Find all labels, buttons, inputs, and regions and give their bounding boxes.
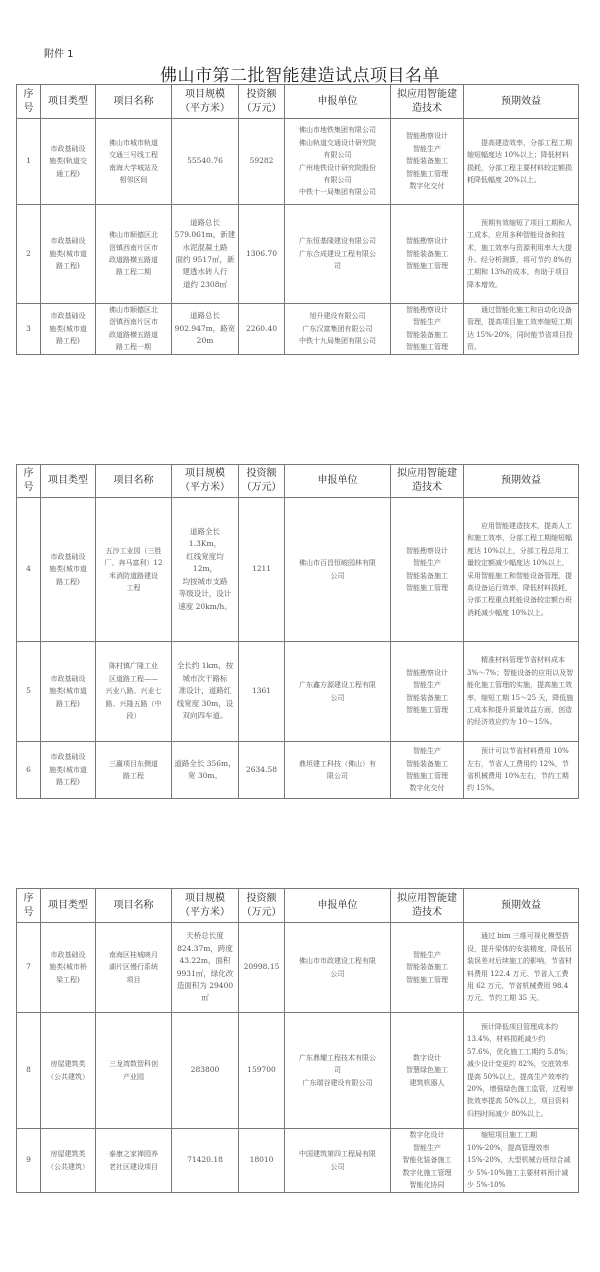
table-row: 1 市政基础设 施类(轨道交 通工程) 佛山市城市轨道 交通三号线工程 南海大学… [17, 119, 579, 205]
row-benefit: 精准材料管理节省材料成本 3%～7%；智能设备的应用以及智能化施工管理的实施，提… [464, 642, 579, 742]
row-no: 5 [17, 642, 41, 742]
row-applicant: 佛山市市政建设工程有限 公司 [285, 923, 391, 1013]
table-row: 3 市政基础设 施类(城市道 路工程) 佛山市顺德区北 滘镇西南片区市 政道路横… [17, 304, 579, 355]
row-type: 市政基础设 施类(城市道 路工程) [41, 642, 96, 742]
col-header-investment: 投资额 （万元） [239, 465, 285, 498]
row-no: 2 [17, 205, 41, 304]
col-header-benefit: 预期效益 [464, 889, 579, 923]
row-type: 房屋建筑类 （公共建筑） [41, 1013, 96, 1129]
col-header-investment: 投资额 （万元） [239, 85, 285, 119]
col-header-scale: 项目规模 （平方米） [172, 85, 239, 119]
col-header-investment: 投资额 （万元） [239, 889, 285, 923]
table-row: 9 房屋建筑类 （公共建筑） 泰康之家禅园养 老社区建设项目 71420.18 … [17, 1129, 579, 1193]
row-name: 三龙湾数智科创 产业园 [96, 1013, 172, 1129]
col-header-applicant: 申报单位 [285, 465, 391, 498]
row-no: 1 [17, 119, 41, 205]
col-header-tech: 拟应用智能建 造技术 [391, 465, 464, 498]
row-investment: 1211 [239, 498, 285, 642]
row-no: 8 [17, 1013, 41, 1129]
row-scale: 71420.18 [172, 1129, 239, 1193]
table-row: 8 房屋建筑类 （公共建筑） 三龙湾数智科创 产业园 283800 159700… [17, 1013, 579, 1129]
row-investment: 2634.58 [239, 742, 285, 799]
document-title: 佛山市第二批智能建造试点项目名单 [0, 61, 600, 86]
row-benefit: 预期有效缩短了项目工期和人工成本，应用多种智能设备和技术，施工效率与资源利用率大… [464, 205, 579, 304]
col-header-name: 项目名称 [96, 889, 172, 923]
row-no: 3 [17, 304, 41, 355]
row-tech: 智能勘察设计 智能生产 智能装备施工 智能施工管理 [391, 304, 464, 355]
row-benefit: 预计降低项目管理成本约 13.4%，材料损耗减少约 57.6%，优化施工工期约 … [464, 1013, 579, 1129]
row-no: 6 [17, 742, 41, 799]
col-header-scale: 项目规模 （平方米） [172, 465, 239, 498]
row-scale: 道路全长 1.3Km， 红线宽度均 12m， 均按城市支路 等级设计，设计 速度… [172, 498, 239, 642]
col-header-name: 项目名称 [96, 465, 172, 498]
row-type: 房屋建筑类 （公共建筑） [41, 1129, 96, 1193]
col-header-scale: 项目规模 （平方米） [172, 889, 239, 923]
col-header-no: 序 号 [17, 85, 41, 119]
row-name: 五沙工业园（三胜 厂、奔马富利）12 米消防道路建设 工程 [96, 498, 172, 642]
col-header-applicant: 申报单位 [285, 85, 391, 119]
table-row: 6 市政基础设 施类(城市道 路工程) 三赢项目东侧道 路工程 道路全长 356… [17, 742, 579, 799]
table-row: 4 市政基础设 施类(城市道 路工程) 五沙工业园（三胜 厂、奔马富利）12 米… [17, 498, 579, 642]
row-investment: 59282 [239, 119, 285, 205]
row-applicant: 鼎坦建工科技（佛山）有 限公司 [285, 742, 391, 799]
row-investment: 159700 [239, 1013, 285, 1129]
col-header-benefit: 预期效益 [464, 85, 579, 119]
col-header-type: 项目类型 [41, 889, 96, 923]
row-scale: 55540.76 [172, 119, 239, 205]
row-tech: 智能生产 智能装备施工 智能施工管理 [391, 923, 464, 1013]
col-header-name: 项目名称 [96, 85, 172, 119]
row-type: 市政基础设 施类(城市道 路工程) [41, 742, 96, 799]
row-name: 陈村镇广隆工业 区道路工程—— 兴业八路、兴业七 路、兴隆五路（中 段） [96, 642, 172, 742]
row-scale: 283800 [172, 1013, 239, 1129]
row-investment: 1306.70 [239, 205, 285, 304]
row-name: 佛山市城市轨道 交通三号线工程 南海大学城站及 相邻区间 [96, 119, 172, 205]
col-header-tech: 拟应用智能建 造技术 [391, 85, 464, 119]
row-scale: 道路全长 356m， 宽 30m。 [172, 742, 239, 799]
row-benefit: 应用智能建造技术，提高人工和施工效率，分部工程工期缩短幅度达 10%以上，分部工… [464, 498, 579, 642]
row-tech: 数字化设计 智能生产 智能化装备施工 数字化施工管理 智能化协同 [391, 1129, 464, 1193]
row-type: 市政基础设 施类(城市道 路工程) [41, 498, 96, 642]
row-type: 市政基础设 施类(城市桥 梁工程) [41, 923, 96, 1013]
row-benefit: 通过 bim 三维可视化模型搭设，提升梁体的安装精度，降低吊装误差对后续施工的影… [464, 923, 579, 1013]
row-benefit: 预计可以节省材料费用 10%左右，节省人工费用约 12%，节省机械费用 10%左… [464, 742, 579, 799]
table-header-row: 序 号 项目类型 项目名称 项目规模 （平方米） 投资额 （万元） 申报单位 拟… [17, 85, 579, 119]
row-scale: 道路总长 902.947m，路宽 20m [172, 304, 239, 355]
row-investment: 20998.15 [239, 923, 285, 1013]
row-tech: 智能勘察设计 智能生产 智能装备施工 智能施工管理 [391, 498, 464, 642]
row-investment: 2260.40 [239, 304, 285, 355]
row-name: 南海区桂城映月 湖片区慢行系统 项目 [96, 923, 172, 1013]
row-applicant: 广东恒基隆建设有限公司 广东合成建设工程有限公 司 [285, 205, 391, 304]
table-row: 5 市政基础设 施类(城市道 路工程) 陈村镇广隆工业 区道路工程—— 兴业八路… [17, 642, 579, 742]
project-table-1: 序 号 项目类型 项目名称 项目规模 （平方米） 投资额 （万元） 申报单位 拟… [16, 84, 579, 355]
row-name: 佛山市顺德区北 滘镇西南片区市 政道路横五路道 路工程二期 [96, 205, 172, 304]
project-table-3: 序 号 项目类型 项目名称 项目规模 （平方米） 投资额 （万元） 申报单位 拟… [16, 888, 579, 1193]
row-applicant: 中国建筑第四工程局有限 公司 [285, 1129, 391, 1193]
row-applicant: 广东鑫方源建设工程有限 公司 [285, 642, 391, 742]
row-investment: 1361 [239, 642, 285, 742]
table-row: 2 市政基础设 施类(城市道 路工程) 佛山市顺德区北 滘镇西南片区市 政道路横… [17, 205, 579, 304]
row-applicant: 广东鼎耀工程技术有限公 司 广东瑞谷建设有限公司 [285, 1013, 391, 1129]
table-header-row: 序 号 项目类型 项目名称 项目规模 （平方米） 投资额 （万元） 申报单位 拟… [17, 889, 579, 923]
row-tech: 智能勘察设计 智能装备施工 智能施工管理 [391, 205, 464, 304]
row-applicant: 佛山市地铁集团有限公司 佛山轨道交通设计研究院 有限公司 广州地铁设计研究院股份… [285, 119, 391, 205]
row-applicant: 旭升建设有限公司 广东汉富集团有限公司 中铁十九局集团有限公司 [285, 304, 391, 355]
col-header-type: 项目类型 [41, 85, 96, 119]
row-type: 市政基础设 施类(轨道交 通工程) [41, 119, 96, 205]
col-header-type: 项目类型 [41, 465, 96, 498]
table-header-row: 序 号 项目类型 项目名称 项目规模 （平方米） 投资额 （万元） 申报单位 拟… [17, 465, 579, 498]
row-benefit: 提高建造效率，分部工程工期缩短幅度达 10%以上；降低材料损耗，分部工程主要材料… [464, 119, 579, 205]
row-tech: 数字设计 智慧绿色施工 建筑机器人 [391, 1013, 464, 1129]
row-tech: 智能勘察设计 智能生产 智能装备施工 智能施工管理 [391, 642, 464, 742]
row-benefit: 缩短项目施工工期 10%-20%，提高管理效率 15%-20%，大型机械台班综合… [464, 1129, 579, 1193]
col-header-tech: 拟应用智能建 造技术 [391, 889, 464, 923]
row-type: 市政基础设 施类(城市道 路工程) [41, 304, 96, 355]
project-table-2: 序 号 项目类型 项目名称 项目规模 （平方米） 投资额 （万元） 申报单位 拟… [16, 464, 579, 799]
attachment-label: 附件 1 [44, 45, 74, 60]
row-scale: 全长约 1km，按 城市次干路标 准设计，道路红 线宽度 30m，设 双向四车道… [172, 642, 239, 742]
table-row: 7 市政基础设 施类(城市桥 梁工程) 南海区桂城映月 湖片区慢行系统 项目 天… [17, 923, 579, 1013]
row-no: 7 [17, 923, 41, 1013]
row-name: 泰康之家禅园养 老社区建设项目 [96, 1129, 172, 1193]
row-benefit: 通过智能化施工和自动化设备管理，提高项目施工效率缩短工期达 15%-20%，同时… [464, 304, 579, 355]
row-applicant: 佛山市百昌恒峻园林有限 公司 [285, 498, 391, 642]
col-header-applicant: 申报单位 [285, 889, 391, 923]
row-no: 9 [17, 1129, 41, 1193]
row-tech: 智能勘察设计 智能生产 智能装备施工 智能施工管理 数字化交付 [391, 119, 464, 205]
col-header-benefit: 预期效益 [464, 465, 579, 498]
row-name: 三赢项目东侧道 路工程 [96, 742, 172, 799]
row-tech: 智能生产 智能装备施工 智能施工管理 数字化交付 [391, 742, 464, 799]
col-header-no: 序 号 [17, 889, 41, 923]
row-investment: 18010 [239, 1129, 285, 1193]
row-scale: 道路总长 579.061m，新建 水泥混凝土路 面约 9517㎡，新 建透水砖人… [172, 205, 239, 304]
col-header-no: 序 号 [17, 465, 41, 498]
row-scale: 天桥总长度 824.37m，跨度 43.22m，面积 9931㎡，绿化改 造面积… [172, 923, 239, 1013]
row-no: 4 [17, 498, 41, 642]
row-type: 市政基础设 施类(城市道 路工程) [41, 205, 96, 304]
row-name: 佛山市顺德区北 滘镇西南片区市 政道路横五路道 路工程一期 [96, 304, 172, 355]
